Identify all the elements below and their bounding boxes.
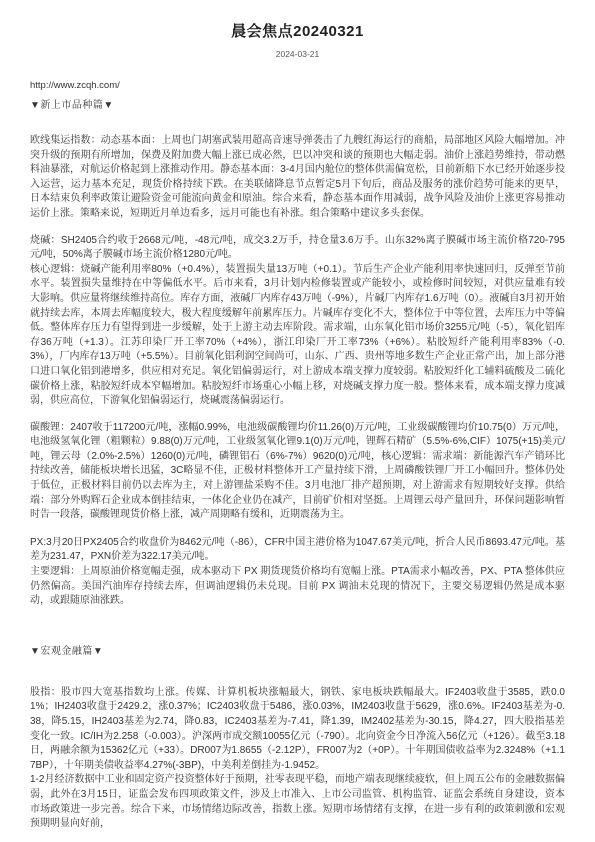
section-header-macro-finance: ▼宏观金融篇▼ xyxy=(30,642,565,657)
report-date: 2024-03-21 xyxy=(30,49,565,59)
paragraph-stock-index-summary: 股指：股市四大宽基指数均上涨。传媒、计算机板块涨幅最大，钢铁、家电板块跌幅最大。… xyxy=(30,686,565,774)
paragraph-px-quotes: PX:3月20日PX2405合约收盘价为8462元/吨（-86），CFR中国主港… xyxy=(30,536,565,565)
paragraph-lithium-carbonate: 碳酸锂：2407收于117200元/吨，涨幅0.99%，电池级碳酸锂均价11.2… xyxy=(30,421,565,523)
paragraph-caustic-soda-logic: 核心逻辑：烧碱产能利用率80%（+0.4%），装置损失量13万吨（+0.1）。节… xyxy=(30,263,565,409)
page-title: 晨会焦点20240321 xyxy=(30,20,565,41)
paragraph-px-logic: 主要逻辑：上周原油价格宽幅走强，成本驱动下 PX 期货现货价格均有宽幅上涨。PT… xyxy=(30,565,565,609)
source-url-link[interactable]: http://www.zcqh.com/ xyxy=(30,80,120,91)
paragraph-stock-index-outlook: 1-2月经济数据中工业和固定资产投资整体好于预期，社零表现平稳，而地产端表现继续… xyxy=(30,773,565,831)
section-header-new-listings: ▼新上市品种篇▼ xyxy=(30,96,565,111)
morning-report-page: 晨会焦点20240321 2024-03-21 http://www.zcqh.… xyxy=(0,0,595,842)
paragraph-shipping-index: 欧线集运指数：动态基本面：上周也门胡塞武装用超高音速导弹袭击了九艘红海运行的商船… xyxy=(30,134,565,222)
paragraph-caustic-soda-quotes: 烧碱：SH2405合约收于2668元/吨，-48元/吨，成交3.2万手，持仓量3… xyxy=(30,234,565,263)
